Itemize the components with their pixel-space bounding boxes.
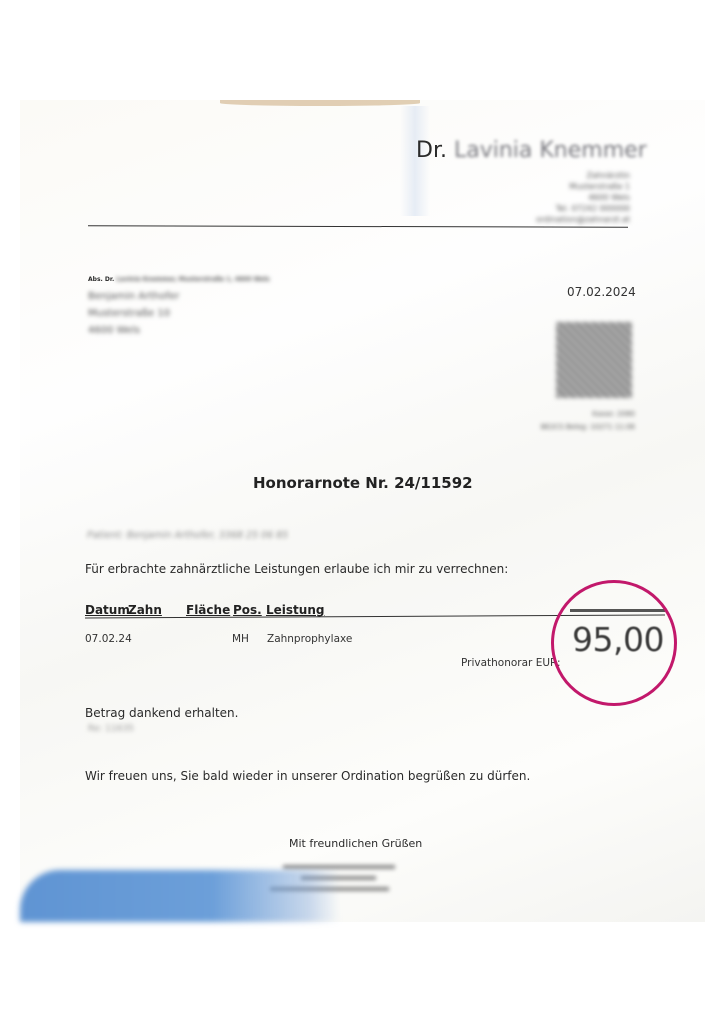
recipient-line: 4600 Wels — [88, 322, 179, 339]
sender-address: Lavinia Knemmer, Musterstraße 1, 4600 We… — [116, 276, 269, 283]
invoice-title: Honorarnote Nr. 24/11592 — [253, 474, 473, 492]
column-header-pos: Pos. — [233, 603, 266, 617]
row-pos: MH — [232, 633, 249, 645]
letterhead-line: Zahnärztin — [530, 170, 630, 181]
letterhead-line: 4600 Wels — [530, 192, 630, 203]
recipient-line: Benjamin Arthofer — [88, 288, 179, 305]
letterhead-title: Dr. — [416, 138, 447, 163]
payment-ref: Re: 11635 — [88, 724, 134, 734]
column-header-flaeche: Fläche — [186, 603, 233, 617]
recipient-line: Musterstraße 10 — [88, 305, 179, 322]
column-header-leistung: Leistung — [266, 603, 324, 617]
row-date: 07.02.24 — [85, 633, 132, 645]
highlight-circle — [551, 580, 677, 706]
total-label: Privathonorar EUR: — [461, 657, 561, 669]
table-header: Datum Zahn Fläche Pos. Leistung — [85, 603, 324, 617]
payment-received: Betrag dankend erhalten. — [85, 706, 238, 720]
invoice-title-prefix: Honorarnote Nr. — [253, 474, 389, 492]
qr-meta-line: BE2CS Beleg: 10271 11:06 — [495, 421, 635, 434]
sender-prefix: Abs. Dr. — [88, 276, 114, 283]
row-leistung: Zahnprophylaxe — [267, 633, 352, 645]
column-header-datum: Datum — [85, 603, 126, 617]
qr-meta-line: Kasse: 2080 — [495, 408, 635, 421]
closing-message: Wir freuen uns, Sie bald wieder in unser… — [85, 769, 530, 783]
letterhead-doctor-name: Lavinia Knemmer — [454, 138, 647, 163]
closing-greeting: Mit freundlichen Grüßen — [289, 837, 422, 850]
letterhead-line: ordination@zahnarzt.at — [530, 214, 630, 225]
blue-smudge — [20, 870, 340, 922]
sender-line: Abs. Dr. Lavinia Knemmer, Musterstraße 1… — [88, 276, 270, 283]
column-header-zahn: Zahn — [128, 603, 186, 617]
invoice-number: 24/11592 — [394, 474, 473, 492]
qr-code — [556, 322, 632, 398]
intro-text: Für erbrachte zahnärztliche Leistungen e… — [85, 562, 508, 576]
letterhead-line: Musterstraße 1 — [530, 181, 630, 192]
invoice-date: 07.02.2024 — [567, 285, 636, 299]
background-edge — [220, 100, 420, 106]
qr-meta: Kasse: 2080 BE2CS Beleg: 10271 11:06 — [495, 408, 635, 434]
recipient-address: Benjamin Arthofer Musterstraße 10 4600 W… — [88, 288, 179, 339]
patient-line: Patient: Benjamin Arthofer, 3368 25 06 8… — [87, 530, 288, 541]
letterhead-name: Dr. Lavinia Knemmer — [416, 138, 647, 163]
letterhead-address: Zahnärztin Musterstraße 1 4600 Wels Tel.… — [530, 170, 630, 225]
letterhead-line: Tel. 07242 000000 — [530, 203, 630, 214]
